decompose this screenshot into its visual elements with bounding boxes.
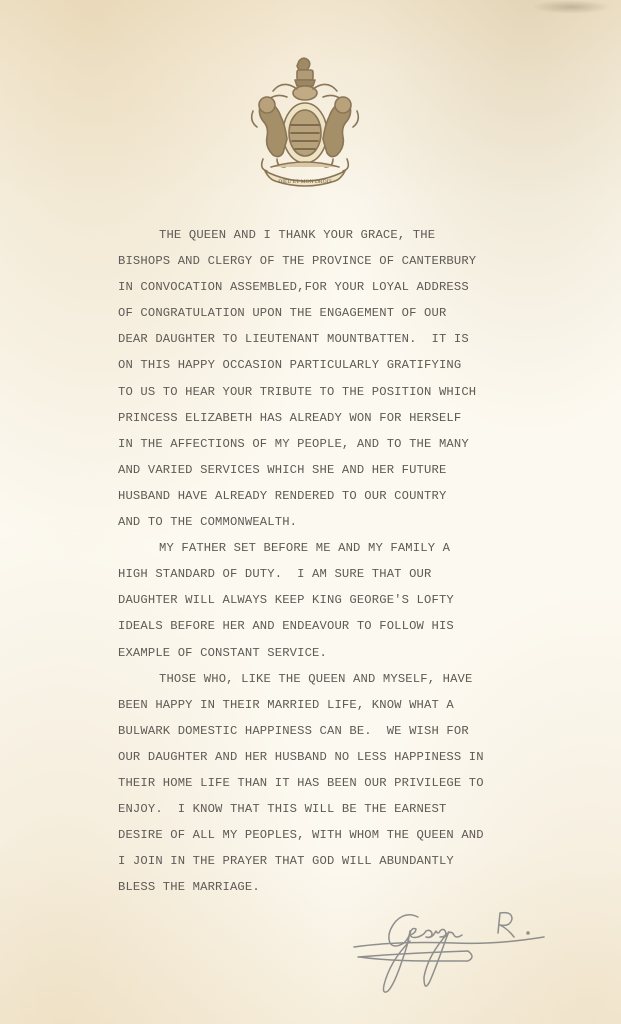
text-line: BULWARK DOMESTIC HAPPINESS CAN BE. WE WI… — [118, 718, 548, 744]
text-line: PRINCESS ELIZABETH HAS ALREADY WON FOR H… — [118, 405, 548, 431]
text-line: AND VARIED SERVICES WHICH SHE AND HER FU… — [118, 457, 548, 483]
letter-body: THE QUEEN AND I THANK YOUR GRACE, THE BI… — [118, 222, 548, 900]
text-line: THOSE WHO, LIKE THE QUEEN AND MYSELF, HA… — [118, 666, 548, 692]
text-line: IN CONVOCATION ASSEMBLED,FOR YOUR LOYAL … — [118, 274, 548, 300]
text-line: DEAR DAUGHTER TO LIEUTENANT MOUNTBATTEN.… — [118, 326, 548, 352]
text-line: IDEALS BEFORE HER AND ENDEAVOUR TO FOLLO… — [118, 613, 548, 639]
text-line: DAUGHTER WILL ALWAYS KEEP KING GEORGE'S … — [118, 587, 548, 613]
text-line: TO US TO HEAR YOUR TRIBUTE TO THE POSITI… — [118, 379, 548, 405]
text-line: AND TO THE COMMONWEALTH. — [118, 509, 548, 535]
text-line: ON THIS HAPPY OCCASION PARTICULARLY GRAT… — [118, 352, 548, 378]
text-line: HUSBAND HAVE ALREADY RENDERED TO OUR COU… — [118, 483, 548, 509]
text-line: BISHOPS AND CLERGY OF THE PROVINCE OF CA… — [118, 248, 548, 274]
signature-george-r: George R. — [348, 905, 568, 1010]
paper-stain — [531, 0, 611, 14]
paragraph-2: MY FATHER SET BEFORE ME AND MY FAMILY A … — [118, 535, 548, 665]
text-line: IN THE AFFECTIONS OF MY PEOPLE, AND TO T… — [118, 431, 548, 457]
text-line: OF CONGRATULATION UPON THE ENGAGEMENT OF… — [118, 300, 548, 326]
paragraph-3: THOSE WHO, LIKE THE QUEEN AND MYSELF, HA… — [118, 666, 548, 901]
text-line: THE QUEEN AND I THANK YOUR GRACE, THE — [118, 222, 548, 248]
royal-coat-of-arms-icon: DIEU ET MON DROIT — [243, 55, 367, 189]
text-line: MY FATHER SET BEFORE ME AND MY FAMILY A — [118, 535, 548, 561]
text-line: ENJOY. I KNOW THAT THIS WILL BE THE EARN… — [118, 796, 548, 822]
text-line: EXAMPLE OF CONSTANT SERVICE. — [118, 640, 548, 666]
text-line: BLESS THE MARRIAGE. — [118, 874, 548, 900]
text-line: OUR DAUGHTER AND HER HUSBAND NO LESS HAP… — [118, 744, 548, 770]
text-line: HIGH STANDARD OF DUTY. I AM SURE THAT OU… — [118, 561, 548, 587]
text-line: I JOIN IN THE PRAYER THAT GOD WILL ABUND… — [118, 848, 548, 874]
text-line: THEIR HOME LIFE THAN IT HAS BEEN OUR PRI… — [118, 770, 548, 796]
text-line: DESIRE OF ALL MY PEOPLES, WITH WHOM THE … — [118, 822, 548, 848]
text-line: BEEN HAPPY IN THEIR MARRIED LIFE, KNOW W… — [118, 692, 548, 718]
paragraph-1: THE QUEEN AND I THANK YOUR GRACE, THE BI… — [118, 222, 548, 535]
svg-text:DIEU ET MON DROIT: DIEU ET MON DROIT — [278, 179, 332, 185]
